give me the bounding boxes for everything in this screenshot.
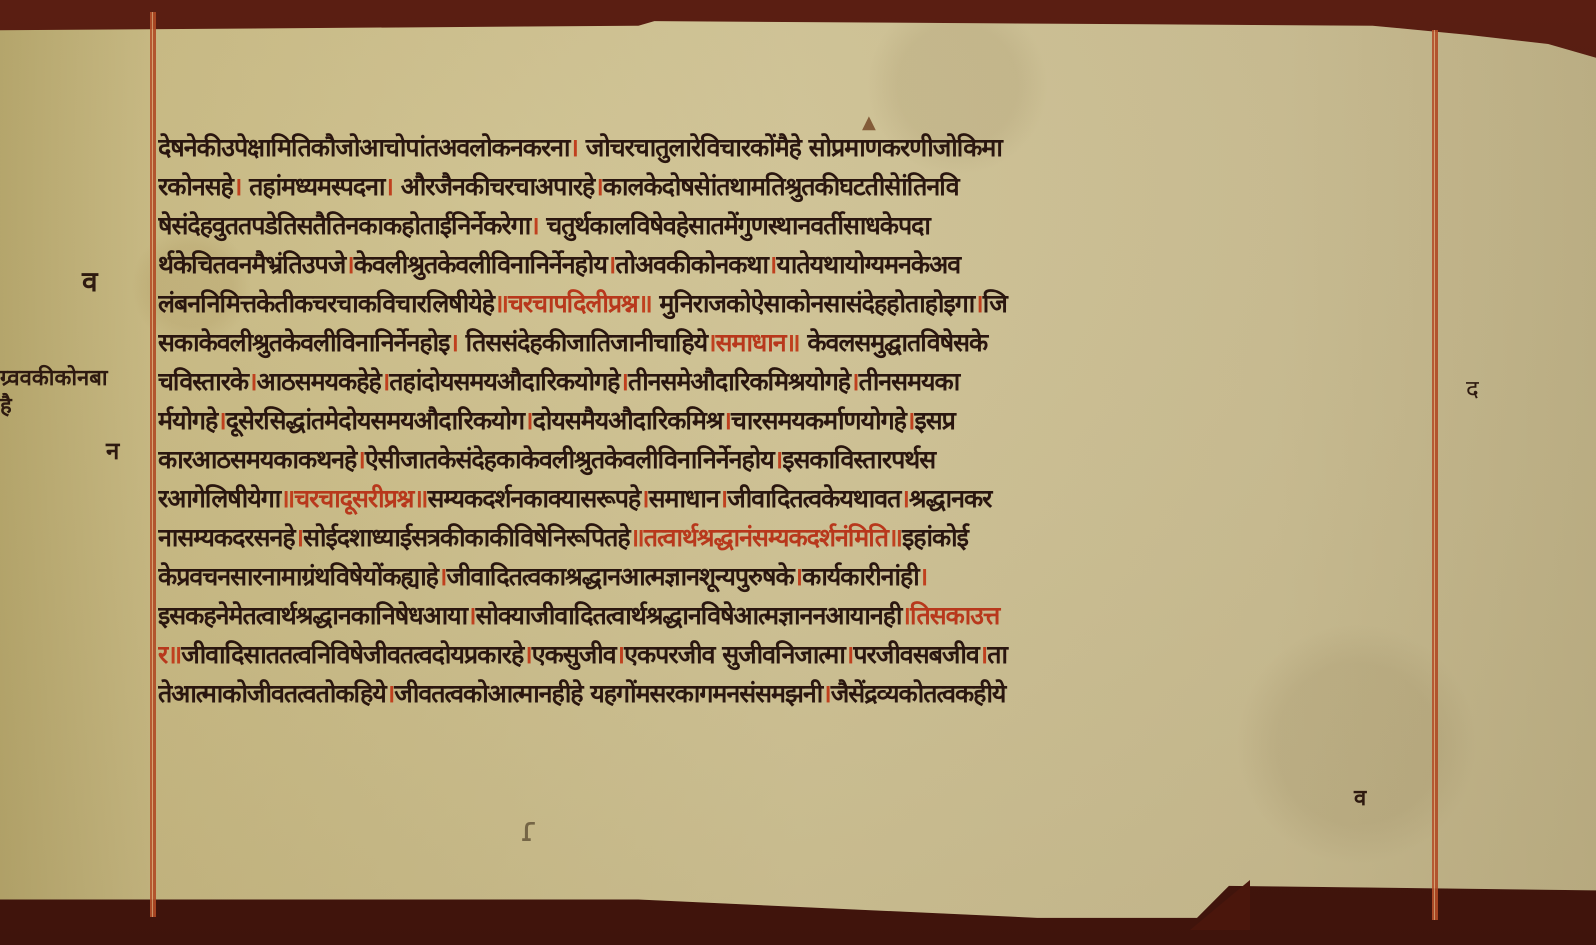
text-segment: दूसेरसिद्धांतमेदोयसमयऔदारिकयोग — [226, 406, 524, 435]
text-segment: केवलसमुद्घातविषेसके — [800, 328, 988, 357]
text-segment: औरजैनकीचरचाअपारहे — [393, 172, 594, 201]
danda-mark: । — [523, 640, 531, 669]
manuscript-line: देषनेकीउपेक्षामितिकौजोआचोपांतअवलोकनकरना।… — [158, 128, 1426, 167]
danda-mark: । — [619, 367, 627, 396]
manuscript-line: लंबननिमित्तकेतीकचरचाकविचारलिषीयेहे॥चरचाप… — [158, 284, 1426, 323]
text-segment: रकोनसहे — [158, 172, 233, 201]
danda-mark: । — [850, 367, 858, 396]
manuscript-line: केप्रवचनसारनामाग्रंथविषेयोंकह्याहे।जीवाद… — [158, 557, 1426, 596]
right-border-rule — [1432, 30, 1438, 920]
text-segment: इहांकोई — [902, 523, 968, 552]
danda-mark: ॥ — [630, 523, 644, 552]
text-segment: षेसंदेहवुततपडेतिसतैतिनकाकहोताईनिर्नेकरेग… — [158, 211, 530, 240]
text-segment: तहांदोयसमयऔदारिकयोगहे — [389, 367, 619, 396]
manuscript-line: इसकहनेमेतत्वार्थश्रद्धानकानिषेधआया।सोक्य… — [158, 596, 1426, 635]
ink-smudge: ɾ — [520, 810, 538, 850]
danda-mark: । — [979, 640, 987, 669]
text-segment: लंबननिमित्तकेतीकचरचाकविचारलिषीयेहे — [158, 289, 494, 318]
manuscript-line: नासम्यकदरसनहे।सोईदशाध्याईसत्रकीकाकीविषेन… — [158, 518, 1426, 557]
text-segment: जीवादितत्वकेयथावत — [727, 484, 900, 513]
manuscript-line: चविस्तारके।आठसमयकहेहे।तहांदोयसमयऔदारिकयो… — [158, 362, 1426, 401]
danda-mark: । — [385, 172, 393, 201]
text-segment: तीनसमेऔदारिकमिश्रयोगहे — [628, 367, 850, 396]
danda-mark: । — [345, 250, 353, 279]
text-segment: श्रद्धानकर — [909, 484, 991, 513]
text-segment: सोईदशाध्याईसत्रकीकाकीविषेनिरूपितहे — [303, 523, 630, 552]
danda-mark: । — [640, 484, 648, 513]
text-segment: इसकहनेमेतत्वार्थश्रद्धानकानिषेधआया — [158, 601, 467, 630]
manuscript-line: र॥जीवादिसाततत्वनिविषेजीवतत्वदोयप्रकारहे।… — [158, 635, 1426, 674]
danda-mark: । — [524, 406, 532, 435]
danda-mark: । — [594, 172, 602, 201]
text-segment: ऐसीजातकेसंदेहकाकेवलीश्रुतकेवलीविनानिर्ने… — [365, 445, 774, 474]
text-segment: चतुर्थकालविषेवहेसातमेंगुणस्थानवर्तीसाधके… — [539, 211, 930, 240]
manuscript-line: कारआठसमयकाकथनहे।ऐसीजातकेसंदेहकाकेवलीश्रु… — [158, 440, 1426, 479]
text-segment: तिससंदेहकीजातिजानीचाहिये — [458, 328, 707, 357]
rubric-heading: चरचापदिलीप्रश्न — [508, 289, 638, 318]
text-segment: इसकाविस्तारपर्थस — [782, 445, 935, 474]
text-segment: एकसुजीव — [532, 640, 616, 669]
left-margin-note: ग्र्ववकीकोनबा — [0, 362, 108, 392]
bottom-margin-note: व — [1354, 782, 1366, 812]
text-segment: मुनिराजकोऐसाकोनसासंदेहहोताहोइगा — [652, 289, 975, 318]
manuscript-line: र्थकेचितवनमैभ्रंतिउपजे।केवलीश्रुतकेवलीवि… — [158, 245, 1426, 284]
text-segment: एकपरजीव सुजीवनिजात्मा — [624, 640, 845, 669]
text-segment: इसप्र — [914, 406, 954, 435]
danda-mark: । — [217, 406, 225, 435]
manuscript-line: सकाकेवलीश्रुतकेवलीविनानिर्नेनहोइ। तिससंद… — [158, 323, 1426, 362]
text-segment: ता — [987, 640, 1007, 669]
manuscript-line: तेआत्माकोजीवतत्वतोकहिये।जीवतत्वकोआत्मानह… — [158, 674, 1426, 713]
text-segment: दोयसमैयऔदारिकमिश्र — [533, 406, 723, 435]
danda-mark: । — [794, 562, 802, 591]
manuscript-line: रकोनसहे। तहांमध्यमस्पदना। औरजैनकीचरचाअपा… — [158, 167, 1426, 206]
danda-mark: । — [900, 484, 908, 513]
text-segment: जीवादिसाततत्वनिविषेजीवतत्वदोयप्रकारहे — [181, 640, 523, 669]
text-segment: चारसमयकर्माणयोगहे — [731, 406, 906, 435]
text-segment: समाधान — [649, 484, 719, 513]
text-segment: र्थकेचितवनमैभ्रंतिउपजे — [158, 250, 345, 279]
right-margin-note: द — [1466, 372, 1479, 405]
text-segment: यातेयथायोग्यमनकेअव — [776, 250, 960, 279]
rubric-heading: चरचादूसरीप्रश्न — [294, 484, 413, 513]
danda-mark: ॥ — [167, 640, 181, 669]
danda-mark: । — [919, 562, 927, 591]
rubric-heading: तिसकाउत्त — [910, 601, 999, 630]
text-segment: तीनसमयका — [859, 367, 960, 396]
danda-mark: । — [901, 601, 909, 630]
danda-mark: । — [356, 445, 364, 474]
torn-corner — [1190, 880, 1250, 930]
manuscript-line: र्मयोगहे।दूसेरसिद्धांतमेदोयसमयऔदारिकयोग।… — [158, 401, 1426, 440]
danda-mark: ॥ — [888, 523, 902, 552]
danda-mark: । — [616, 640, 624, 669]
text-segment: चविस्तारके — [158, 367, 248, 396]
danda-mark: ॥ — [413, 484, 427, 513]
danda-mark: ॥ — [494, 289, 508, 318]
danda-mark: । — [707, 328, 715, 357]
manuscript-photo: व ग्र्ववकीकोनबा है न द व ɾ ▲ देषनेकीउपेक… — [0, 0, 1596, 945]
text-segment: सोक्याजीवादितत्वार्थश्रद्धानविषेआत्मज्ञा… — [476, 601, 902, 630]
text-segment: तहांमध्यमस्पदना — [241, 172, 384, 201]
left-border-rule — [150, 12, 156, 917]
text-segment: नासम्यकदरसनहे — [158, 523, 295, 552]
manuscript-line: षेसंदेहवुततपडेतिसतैतिनकाकहोताईनिर्नेकरेग… — [158, 206, 1426, 245]
rubric-heading: तत्वार्थश्रद्धानंसम्यकदर्शनंमिति — [644, 523, 888, 552]
text-segment: परजीवसबजीव — [853, 640, 978, 669]
text-segment: जैसेंद्रव्यकोतत्वकहीये — [831, 679, 1006, 708]
text-segment: रआगेलिषीयेगा — [158, 484, 280, 513]
danda-mark: ॥ — [638, 289, 652, 318]
text-segment: आठसमयकहेहे — [257, 367, 381, 396]
text-segment: जोचरचातुलारेविचारकोंमैहे सोप्रमाणकरणीजोक… — [578, 133, 1002, 162]
text-segment: कार्यकारीनांही — [802, 562, 919, 591]
danda-mark: । — [974, 289, 982, 318]
danda-mark: । — [248, 367, 256, 396]
danda-mark: । — [530, 211, 538, 240]
text-segment: केवलीश्रुतकेवलीविनानिर्नेनहोय — [354, 250, 607, 279]
danda-mark: । — [449, 328, 457, 357]
manuscript-text-block: देषनेकीउपेक्षामितिकौजोआचोपांतअवलोकनकरना।… — [158, 128, 1426, 713]
text-segment: केप्रवचनसारनामाग्रंथविषेयोंकह्याहे — [158, 562, 438, 591]
text-segment: जीवतत्वकोआत्मानहीहे यहगोंमसरकागमनसंसमझनी — [394, 679, 822, 708]
danda-mark: । — [295, 523, 303, 552]
text-segment: जि — [983, 289, 1007, 318]
text-segment: र्मयोगहे — [158, 406, 217, 435]
danda-mark: । — [723, 406, 731, 435]
rubric-heading: र — [158, 640, 167, 669]
left-margin-note: व — [82, 262, 98, 300]
danda-mark: । — [774, 445, 782, 474]
manuscript-line: रआगेलिषीयेगा॥चरचादूसरीप्रश्न॥सम्यकदर्शनक… — [158, 479, 1426, 518]
danda-mark: । — [467, 601, 475, 630]
text-segment: सकाकेवलीश्रुतकेवलीविनानिर्नेनहोइ — [158, 328, 449, 357]
rubric-heading: समाधान — [716, 328, 786, 357]
text-segment: तोअवकीकोनकथा — [615, 250, 768, 279]
danda-mark: ॥ — [280, 484, 294, 513]
text-segment: जीवादितत्वकाश्रद्धानआत्मज्ञानशून्यपुरुषक… — [446, 562, 793, 591]
left-margin-note: न — [106, 434, 119, 467]
text-segment: कारआठसमयकाकथनहे — [158, 445, 356, 474]
text-segment: देषनेकीउपेक्षामितिकौजोआचोपांतअवलोकनकरना — [158, 133, 570, 162]
danda-mark: ॥ — [786, 328, 800, 357]
text-segment: तेआत्माकोजीवतत्वतोकहिये — [158, 679, 386, 708]
danda-mark: । — [719, 484, 727, 513]
danda-mark: । — [570, 133, 578, 162]
text-segment: सम्यकदर्शनकाक्यासरूपहे — [427, 484, 640, 513]
left-margin-note: है — [0, 390, 12, 420]
danda-mark: । — [822, 679, 830, 708]
text-segment: कालकेदोषसेांतथामतिश्रुतकीघटतीसेांतिनवि — [603, 172, 959, 201]
